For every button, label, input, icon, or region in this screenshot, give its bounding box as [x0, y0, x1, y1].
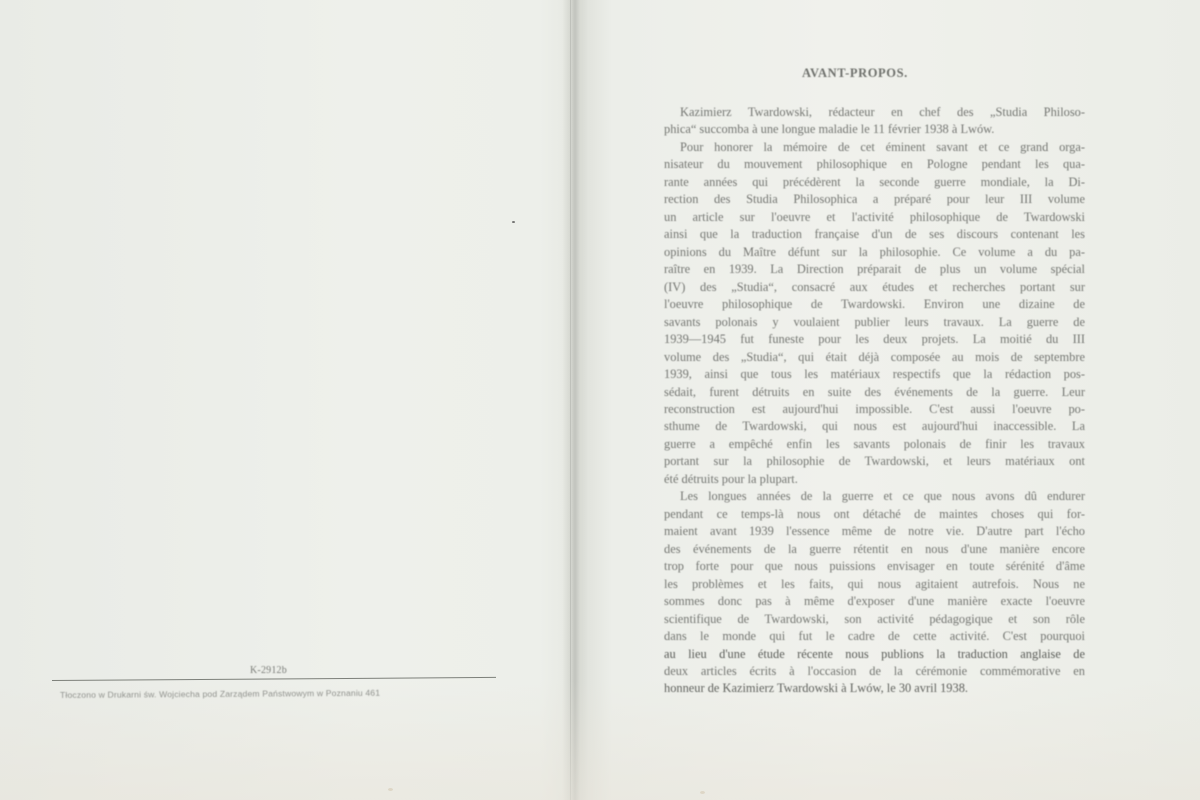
text-line: reconstruction est aujourd'hui impossibl…: [664, 401, 1085, 418]
text-line: Les longues années de la guerre et ce qu…: [664, 488, 1085, 505]
paper-stain: [700, 791, 705, 794]
text-line: opinions du Maître défunt sur la philoso…: [664, 244, 1085, 261]
text-line: trop forte pour que nous puissions envis…: [664, 558, 1085, 575]
text-line: volume des „Studia“, qui était déjà comp…: [664, 349, 1085, 366]
text-line: rection des Studia Philosophica a prépar…: [664, 191, 1085, 208]
text-line: des événements de la guerre rétentit en …: [664, 541, 1085, 558]
text-line: ainsi que la traduction française d'un d…: [664, 226, 1085, 243]
book-gutter: [562, 0, 588, 800]
text-line: sommes donc pas à même d'exposer d'une m…: [664, 593, 1085, 610]
text-line: dans le monde qui fut le cadre de cette …: [664, 628, 1085, 645]
page-title: AVANT-PROPOS.: [802, 66, 908, 81]
text-line: phica“ succomba à une longue maladie le …: [664, 121, 1085, 138]
text-line: pendant ce temps-là nous ont détaché de …: [664, 506, 1085, 523]
text-line: Pour honorer la mémoire de cet éminent s…: [664, 139, 1085, 156]
paper-speck: [512, 221, 515, 223]
text-line: les problèmes et les faits, qui nous agi…: [664, 576, 1085, 593]
text-line: l'oeuvre philosophique de Twardowski. En…: [664, 296, 1085, 313]
foreword-body: Kazimierz Twardowski, rédacteur en chef …: [664, 104, 1085, 698]
text-line: savants polonais y voulaient publier leu…: [664, 314, 1085, 331]
text-line: sédait, furent détruits en suite des évé…: [664, 384, 1085, 401]
text-line: 1939, ainsi que tous les matériaux respe…: [664, 366, 1085, 383]
text-line: été détruits pour la plupart.: [664, 471, 1085, 488]
text-line: deux articles écrits à l'occasion de la …: [664, 663, 1085, 680]
text-line: portant sur la philosophie de Twardowski…: [664, 453, 1085, 470]
signature-mark: K-2912b: [250, 665, 290, 676]
paper-stain: [388, 788, 393, 791]
text-line: guerre a empêché enfin les savants polon…: [664, 436, 1085, 453]
text-line: honneur de Kazimierz Twardowski à Lwów, …: [664, 680, 1085, 697]
text-line: un article sur l'oeuvre et l'activité ph…: [664, 209, 1085, 226]
text-line: maient avant 1939 l'essence même de notr…: [664, 523, 1085, 540]
text-line: rante années qui précédèrent la seconde …: [664, 174, 1085, 191]
open-book-spread: K-2912b Tłoczono w Drukarni św. Wojciech…: [0, 0, 1200, 800]
text-line: raître en 1939. La Direction préparait d…: [664, 261, 1085, 278]
text-line: (IV) des „Studia“, consacré aux études e…: [664, 279, 1085, 296]
text-line: scientifique de Twardowski, son activité…: [664, 611, 1085, 628]
text-line: 1939—1945 fut funeste pour les deux proj…: [664, 331, 1085, 348]
text-line: nisateur du mouvement philosophique en P…: [664, 156, 1085, 173]
text-line: au lieu d'une étude récente nous publion…: [664, 646, 1085, 663]
gutter-crease: [570, 0, 571, 800]
text-line: Kazimierz Twardowski, rédacteur en chef …: [664, 104, 1085, 121]
text-line: sthume de Twardowski, qui nous est aujou…: [664, 418, 1085, 435]
